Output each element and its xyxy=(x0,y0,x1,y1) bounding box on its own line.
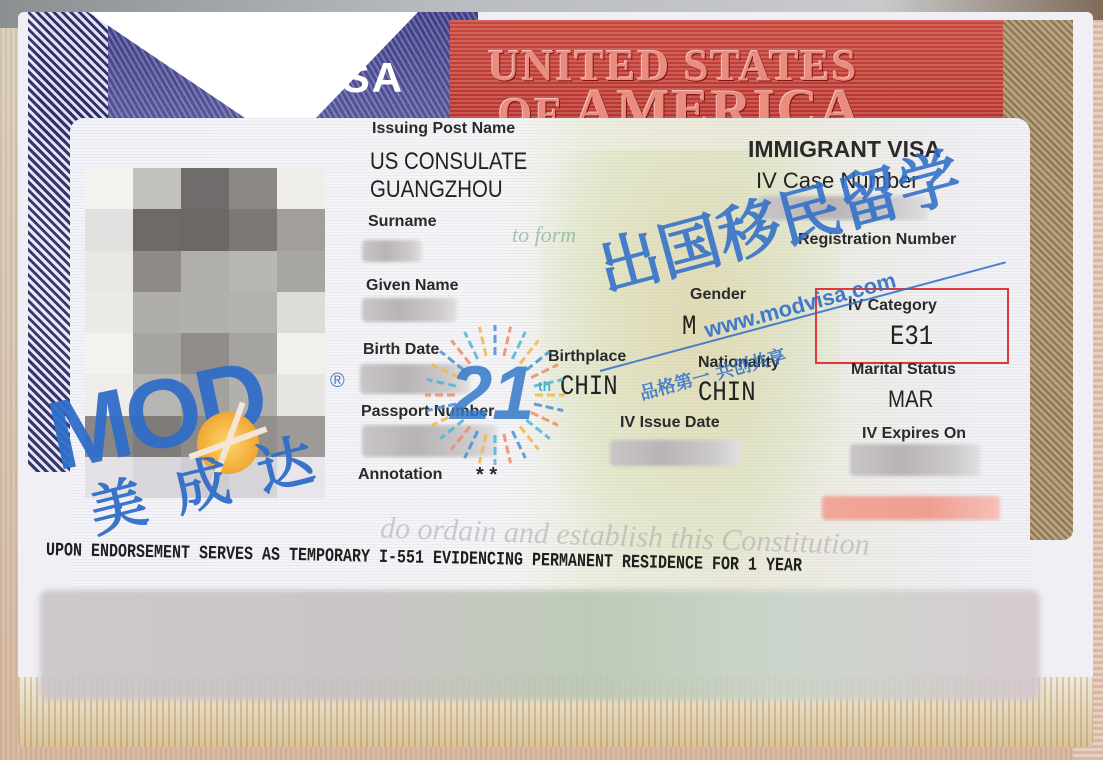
photo-pixel xyxy=(277,333,325,374)
iv-expires-label: IV Expires On xyxy=(862,425,966,443)
photo-pixel xyxy=(133,251,181,292)
photo-pixel xyxy=(133,168,181,209)
photo-pixel xyxy=(85,251,133,292)
photo-pixel xyxy=(277,168,325,209)
photo-pixel xyxy=(181,292,229,333)
issuing-post-value-1: US CONSULATE xyxy=(370,148,527,176)
registered-trademark-icon: ® xyxy=(330,370,345,393)
21th-badge-watermark: 21 th xyxy=(420,310,570,480)
photo-pixel xyxy=(85,292,133,333)
given-name-label: Given Name xyxy=(366,277,458,295)
iv-expires-value-redacted xyxy=(850,444,980,476)
surname-value-redacted xyxy=(362,240,422,262)
photo-pixel xyxy=(181,209,229,250)
badge-suffix: th xyxy=(538,378,551,394)
marital-status-label: Marital Status xyxy=(851,361,956,379)
photo-pixel xyxy=(277,292,325,333)
photo-pixel xyxy=(277,374,325,415)
photo-pixel xyxy=(133,292,181,333)
script-to-form: to form xyxy=(512,222,576,248)
photo-pixel xyxy=(229,292,277,333)
photo-pixel xyxy=(277,251,325,292)
photo-pixel xyxy=(181,168,229,209)
surname-label: Surname xyxy=(368,213,436,231)
photo-pixel xyxy=(229,251,277,292)
badge-number: 21 xyxy=(450,350,535,437)
iv-issue-date-label: IV Issue Date xyxy=(620,414,720,432)
photo-pixel xyxy=(133,209,181,250)
issuing-post-label: Issuing Post Name xyxy=(372,120,515,138)
photo-pixel xyxy=(181,251,229,292)
photo-pixel xyxy=(277,209,325,250)
gender-value: M xyxy=(682,312,696,343)
photo-pixel xyxy=(229,209,277,250)
gender-label: Gender xyxy=(690,286,746,304)
photo-pixel xyxy=(85,168,133,209)
iv-issue-date-value-redacted xyxy=(610,440,740,466)
photo-pixel xyxy=(85,209,133,250)
marital-status-value: MAR xyxy=(888,386,933,414)
photo-pixel xyxy=(229,168,277,209)
issuing-post-value-2: GUANGZHOU xyxy=(370,176,503,204)
bottom-right-field-redacted xyxy=(822,496,1000,520)
machine-readable-zone-redacted xyxy=(40,590,1040,700)
